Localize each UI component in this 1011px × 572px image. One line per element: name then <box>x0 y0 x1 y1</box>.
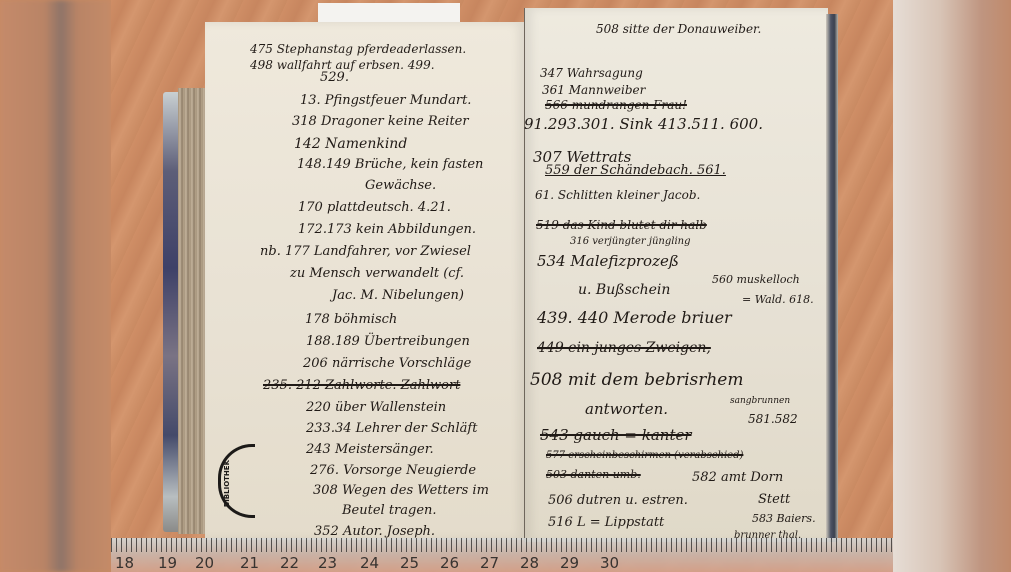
ruler-label: 27 <box>480 554 499 572</box>
handwritten-line: Beutel tragen. <box>342 503 437 518</box>
handwritten-line: Stett <box>758 492 790 507</box>
handwritten-line: 577 erscheinbeschirmen (verabschied) <box>546 450 743 461</box>
handwritten-line: 178 böhmisch <box>305 312 397 327</box>
handwritten-line: 316 verjüngter jüngling <box>570 236 691 247</box>
handwritten-line: 559 der Schändebach. 561. <box>545 163 726 178</box>
handwritten-line: u. Bußschein <box>578 282 670 298</box>
ruler-label: 25 <box>400 554 419 572</box>
handwritten-line: sangbrunnen <box>730 396 790 406</box>
ruler-label: 23 <box>318 554 337 572</box>
ruler-label: 29 <box>560 554 579 572</box>
handwritten-line: 475 Stephanstag pferdeaderlassen. <box>250 42 466 56</box>
ruler-ticks <box>111 538 893 552</box>
page-edges <box>178 88 206 534</box>
handwritten-line: 206 närrische Vorschläge <box>303 356 471 371</box>
handwritten-line: 347 Wahrsagung <box>540 66 643 80</box>
handwritten-line: 582 amt Dorn <box>692 470 783 485</box>
handwritten-line: 361 Mannweiber <box>542 83 645 97</box>
handwritten-line: 91.293.301. Sink 413.511. 600. <box>524 115 763 133</box>
handwritten-line: 519 das Kind blutet dir halb <box>536 218 707 232</box>
handwritten-line: 235. 212 Zahlworte. Zahlwort <box>263 378 460 393</box>
handwritten-line: 560 muskelloch <box>712 273 800 286</box>
handwritten-line: 508 sitte der Donauweiber. <box>596 22 761 36</box>
blurred-border-right <box>893 0 1011 572</box>
handwritten-line: 352 Autor. Joseph. <box>314 524 435 539</box>
handwritten-line: antworten. <box>585 400 668 418</box>
ruler-label: 20 <box>195 554 214 572</box>
handwritten-line: 308 Wegen des Wetters im <box>313 483 489 498</box>
ruler-label: 21 <box>240 554 259 572</box>
handwritten-line: 13. Pfingstfeuer Mundart. <box>300 93 471 108</box>
handwritten-line: 583 Baiers. <box>752 512 816 525</box>
ruler-label: 19 <box>158 554 177 572</box>
handwritten-line: 142 Namenkind <box>294 136 407 152</box>
handwritten-line: 534 Malefizprozeß <box>537 252 679 270</box>
handwritten-line: 61. Schlitten kleiner Jacob. <box>535 188 700 202</box>
handwritten-line: zu Mensch verwandelt (cf. <box>290 266 464 281</box>
handwritten-line: 543 gauch = kanter <box>540 426 692 444</box>
handwritten-line: Gewächse. <box>365 178 436 193</box>
handwritten-line: 276. Vorsorge Neugierde <box>310 463 476 478</box>
ruler-label: 26 <box>440 554 459 572</box>
handwritten-line: 188.189 Übertreibungen <box>306 334 470 349</box>
handwritten-line: 516 L = Lippstatt <box>548 515 664 530</box>
handwritten-line: 318 Dragoner keine Reiter <box>292 114 469 129</box>
back-cover <box>826 14 838 542</box>
stamp-text: BIBLIOTHEK <box>223 460 231 507</box>
handwritten-line: 243 Meistersänger. <box>306 442 434 457</box>
ruler-label: 30 <box>600 554 619 572</box>
handwritten-line: 233.34 Lehrer der Schläft <box>306 421 477 436</box>
handwritten-line: nb. 177 Landfahrer, vor Zwiesel <box>260 244 471 259</box>
handwritten-line: 170 plattdeutsch. 4.21. <box>298 200 451 215</box>
handwritten-line: = Wald. 618. <box>742 293 814 306</box>
handwritten-line: 148.149 Brüche, kein fasten <box>297 157 483 172</box>
handwritten-line: 566 mundrangen Frau! <box>545 98 687 112</box>
handwritten-line: 581.582 <box>748 412 798 426</box>
ruler-label: 22 <box>280 554 299 572</box>
handwritten-line: 529. <box>320 70 349 85</box>
ruler-label: 28 <box>520 554 539 572</box>
handwritten-line: Jac. M. Nibelungen) <box>332 288 464 303</box>
handwritten-line: 449 ein junges Zweigen, <box>537 340 711 356</box>
handwritten-line: 172.173 kein Abbildungen. <box>298 222 476 237</box>
handwritten-line: 508 mit dem bebrisrhem <box>530 370 743 390</box>
handwritten-line: 503 danten umb. <box>546 468 641 481</box>
handwritten-line: 506 dutren u. estren. <box>548 493 688 508</box>
ruler-label: 24 <box>360 554 379 572</box>
measuring-ruler: 18192021222324252627282930 <box>111 538 893 572</box>
ruler-label: 18 <box>115 554 134 572</box>
handwritten-line: 439. 440 Merode briuer <box>537 308 732 327</box>
handwritten-line: 220 über Wallenstein <box>306 400 446 415</box>
blurred-border-left <box>0 0 111 572</box>
